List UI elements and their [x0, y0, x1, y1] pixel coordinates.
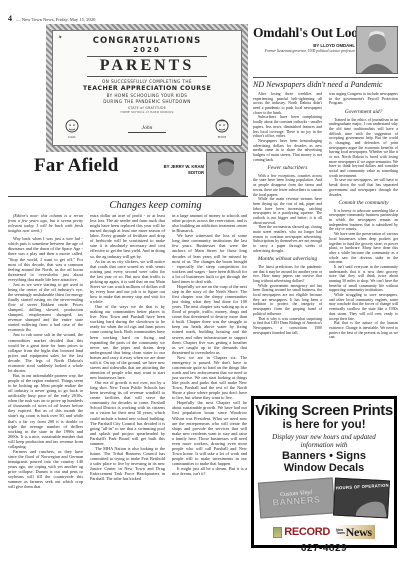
jerry-kram-photo: [206, 152, 246, 196]
divider: [253, 77, 398, 78]
ad-title: Viking Screen Prints: [254, 403, 394, 418]
far-afield-text-column-2: extra dollar an acre of profit - or at l…: [90, 213, 165, 551]
column-paragraph: While the main revenue streams have been…: [253, 197, 322, 225]
column-paragraph: (Editor's note: this column is a rerun f…: [8, 213, 83, 233]
divider: [8, 196, 248, 197]
column-paragraph: Just to rub some salt in the wound, the …: [8, 332, 83, 373]
far-afield-column: Far Afield BY JERRY W. KRAM EDITOR Chang…: [8, 152, 248, 551]
page-number: 4: [8, 14, 12, 23]
dad-doodle-icon: DAD: [61, 119, 83, 139]
column-paragraph: extra dollar an acre of profit - or at l…: [90, 213, 165, 259]
column-paragraph: While government emergency aid has been …: [253, 284, 322, 317]
mom-doodle-icon: MOM: [211, 119, 233, 139]
omdahl-column: Omdahl's Out Look BY LLOYD OMDAHL Former…: [253, 26, 398, 392]
omdahl-title: Omdahl's Out Look: [253, 26, 355, 40]
ad-phone-number: 627-4829: [254, 543, 394, 554]
column-paragraph: in a large amount of money to schools an…: [172, 213, 247, 233]
cartoon-parents: PARENTS: [53, 58, 241, 75]
column-paragraph: As far as us city slickers, we will noti…: [90, 259, 165, 305]
cartoon-line: DURING THE PANDEMIC SHUTDOWN: [53, 99, 241, 104]
vinyl-banner-graphic: Custom Vinyl BANNERS: [258, 478, 335, 519]
omdahl-text-column-2: was urging Congress to include newspaper…: [329, 92, 398, 392]
column-paragraph: But, in our indomitable pioneer way, the…: [8, 373, 83, 449]
column-subhead: Government aid?: [329, 109, 398, 115]
record-logo: RECORD: [273, 526, 330, 538]
column-paragraph: Subscribers have been complaining loudly…: [253, 115, 322, 138]
column-paragraph: Newspapers have been hemorrhaging advert…: [253, 139, 322, 162]
column-paragraph: Way back when I was just a wee lad - whi…: [8, 236, 83, 282]
column-paragraph: To save our newspapers, we will have to …: [329, 178, 398, 197]
column-paragraph: It might just all be a dream. But it is …: [172, 466, 247, 476]
column-paragraph: Hopefully we are on the cusp of the next…: [172, 284, 247, 355]
new-town-news-logo: New Town News: [335, 525, 375, 539]
omdahl-byline: BY LLOYD OMDAHL: [253, 43, 355, 48]
certificate-graphic: ✦ CONGRATULATIONS 2020 PARENTS ON SUCCES…: [52, 30, 242, 146]
column-paragraph: Trained in the ethics of journalism in a…: [329, 118, 398, 179]
cartoon-year: 2020: [53, 46, 241, 54]
far-afield-text-column-1: (Editor's note: this column is a rerun f…: [8, 213, 83, 551]
far-afield-subhead: Changes keep coming: [8, 200, 248, 211]
column-subhead: Commit the community: [329, 200, 398, 206]
newspaper-page: 4 — New Town News, Friday, May 15, 2020 …: [0, 0, 400, 567]
divider: [87, 76, 207, 77]
column-paragraph: Farmers and ranchers, as they have since…: [8, 449, 83, 490]
editorial-cartoon: ✦ CONGRATULATIONS 2020 PARENTS ON SUCCES…: [46, 24, 248, 152]
column-paragraph: While struggling to save newspapers, and…: [329, 293, 398, 321]
column-paragraph: Then the coronavirus showed up, closing …: [253, 225, 322, 253]
column-paragraph: It isn't until everyone in the community…: [329, 265, 398, 293]
column-paragraph: We have witnessed the loss of some long …: [172, 233, 247, 284]
column-paragraph: The latest predictions for the pandemic …: [253, 265, 322, 284]
column-paragraph: We have seen the preservation of various…: [329, 232, 398, 265]
hours-sign-graphic: HOURS OF OPERATION: [333, 478, 390, 519]
column-paragraph: Our era of growth is not over, not by a …: [90, 380, 165, 446]
column-paragraph: One of the ways we do that is by making …: [90, 304, 165, 380]
lloyd-omdahl-photo: [356, 26, 398, 74]
omdahl-credit-line: Former lieutenant governor, UND politica…: [253, 49, 355, 53]
column-paragraph: Hopefully the next Chapter will be about…: [172, 400, 247, 466]
ad-logos-row: RECORD New Town News: [254, 522, 394, 542]
omdahl-text-column-1: After losing three weeklies and experien…: [253, 92, 322, 392]
column-paragraph: Just as we were starting to get used to …: [8, 282, 83, 333]
column-paragraph: was urging Congress to include newspaper…: [329, 92, 398, 106]
cartoon-signature: John: [128, 125, 167, 133]
column-paragraph: It is heresy to advocate something like …: [329, 209, 398, 232]
masthead-dateline: — New Town News, Friday, May 15, 2020: [16, 17, 95, 22]
column-paragraph: But that is the nature of the human exis…: [329, 321, 398, 340]
viking-screen-prints-ad: Viking Screen Prints is here for you! Di…: [251, 396, 397, 548]
column-paragraph: With a few exceptions, counties across t…: [253, 174, 322, 197]
ad-product-list: Banners • Signs Window Decals: [254, 450, 394, 474]
column-paragraph: Now we are in Chapter six. The emergency…: [172, 355, 247, 401]
ad-graphics-row: Custom Vinyl BANNERS HOURS OF OPERATION: [254, 474, 394, 521]
column-subhead: Fewer subscribers: [253, 165, 322, 171]
cartoon-congrats: CONGRATULATIONS: [53, 36, 241, 46]
ad-subtitle: is here for you!: [254, 419, 394, 431]
record-logo-icon: [273, 527, 282, 538]
column-paragraph: That is why it was somewhat surprising t…: [253, 317, 322, 336]
cartoon-line: BY HOME SCHOOLING YOUR KIDS: [53, 93, 241, 98]
cartoon-line: TEACHER APPRECIATION COURSE: [53, 85, 241, 92]
far-afield-byline: BY JERRY W. KRAM EDITOR: [164, 164, 204, 176]
column-subhead: Months without advertising: [253, 256, 322, 262]
far-afield-title: Far Afield: [34, 156, 119, 175]
column-paragraph: After losing three weeklies and experien…: [253, 92, 322, 115]
far-afield-text-column-3: in a large amount of money to schools an…: [172, 213, 247, 551]
ad-tagline: Display your new hours and updated infor…: [264, 433, 384, 449]
column-paragraph: The MHA Nation is also looking to the fu…: [90, 446, 165, 481]
cartoon-line: ON SUCCESSFULLY COMPLETING THE: [53, 79, 241, 84]
hand-graphic: [354, 500, 387, 519]
omdahl-headline: ND Newspapers didn't need a Pandemic: [253, 80, 398, 89]
